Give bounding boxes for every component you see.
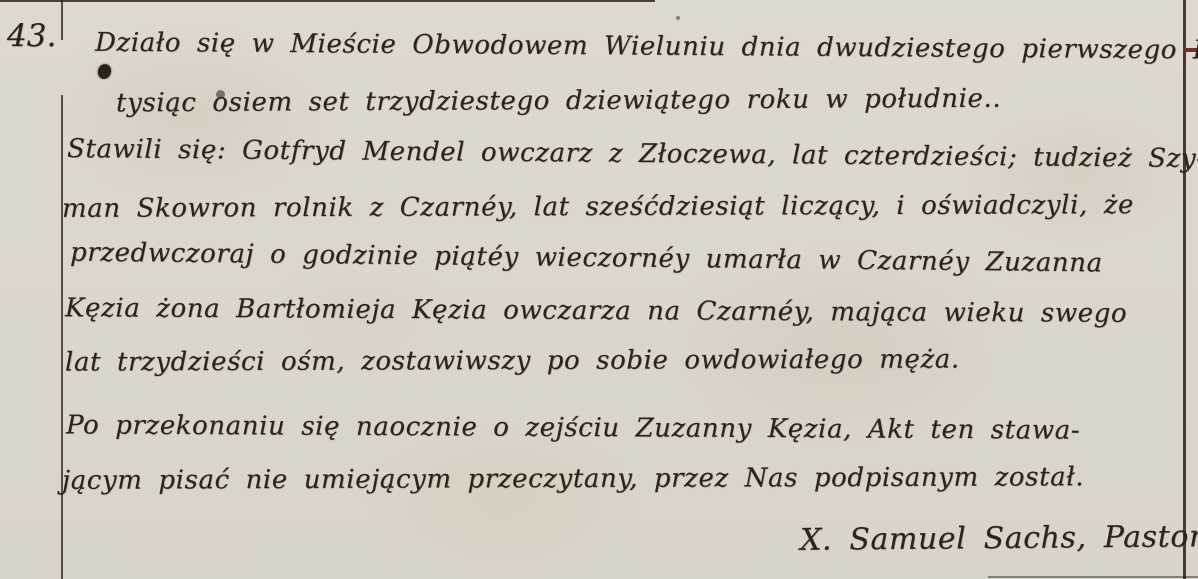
pastor-signature: X. Samuel Sachs, Pastor. [800, 519, 1198, 558]
manuscript-line-6: Kęzia żona Bartłomieja Kęzia owczarza na… [65, 293, 1127, 329]
page-bottom-edge-line [988, 576, 1198, 578]
ink-blot [96, 62, 113, 80]
manuscript-line-1: Działo się w Mieście Obwodowem Wieluniu … [95, 28, 1198, 67]
manuscript-line-4: man Skowron rolnik z Czarnéy, lat sześćd… [62, 190, 1134, 224]
page-top-edge-line [0, 0, 655, 2]
manuscript-line-5: przedwczoraj o godzinie piątéy wieczorné… [70, 238, 1103, 279]
record-number: 43. [7, 18, 56, 54]
right-margin-rule [1183, 0, 1186, 579]
manuscript-line-7: lat trzydzieści ośm, zostawiwszy po sobi… [65, 344, 960, 377]
manuscript-page: 43. Działo się w Mieście Obwodowem Wielu… [0, 0, 1198, 579]
manuscript-line-9: jącym pisać nie umiejącym przeczytany, p… [62, 462, 1084, 496]
manuscript-line-8: Po przekonaniu się naocznie o zejściu Zu… [66, 410, 1080, 445]
ink-blot [676, 16, 680, 20]
left-margin-rule [61, 0, 63, 40]
left-margin-rule [61, 95, 63, 579]
manuscript-line-2: tysiąc osiem set trzydziestego dziewiąte… [116, 84, 1001, 119]
manuscript-line-3: Stawili się: Gotfryd Mendel owczarz z Zł… [67, 134, 1198, 174]
